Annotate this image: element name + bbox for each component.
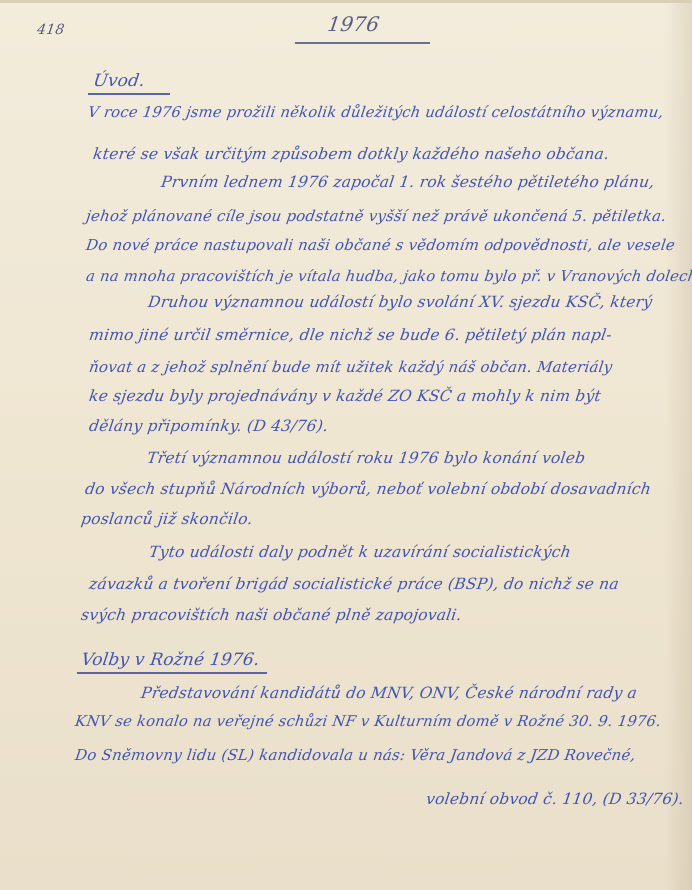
text-line: do všech stupňů Národních výborů, neboť … — [84, 480, 652, 498]
text-line: Druhou významnou událostí bylo svolání X… — [147, 293, 654, 311]
text-line: volební obvod č. 110, (D 33/76). — [425, 790, 685, 808]
text-line: Prvním lednem 1976 započal 1. rok šestéh… — [160, 173, 656, 191]
text-line: a na mnoha pracovištích je vítala hudba,… — [85, 268, 692, 285]
heading-underline-volby — [77, 672, 267, 674]
text-line: ke sjezdu byly projednávány v každé ZO K… — [88, 387, 602, 405]
section-heading-volby: Volby v Rožné 1976. — [80, 650, 261, 670]
page-number: 418 — [36, 22, 66, 38]
text-line: jehož plánované cíle jsou podstatně vyšš… — [85, 207, 668, 225]
text-line: Do Sněmovny lidu (SL) kandidovala u nás:… — [74, 746, 637, 764]
handwritten-chronicle-page: 418 1976 Úvod. V roce 1976 jsme prožili … — [0, 0, 692, 890]
text-line: svých pracovištích naši občané plně zapo… — [80, 606, 463, 624]
text-line: KNV se konalo na veřejné schůzi NF v Kul… — [74, 713, 662, 730]
text-line: Tyto události daly podnět k uzavírání so… — [148, 543, 572, 561]
text-line: poslanců již skončilo. — [80, 510, 254, 528]
text-line: Představování kandidátů do MNV, ONV, Čes… — [140, 684, 638, 702]
text-line: Do nové práce nastupovali naši občané s … — [85, 236, 676, 254]
text-line: V roce 1976 jsme prožili několik důležit… — [87, 104, 665, 121]
text-line: závazků a tvoření brigád socialistické p… — [88, 575, 620, 593]
text-line: dělány připomínky. (D 43/76). — [88, 417, 329, 435]
paper-top-edge — [0, 0, 692, 3]
section-heading-uvod: Úvod. — [92, 71, 146, 91]
text-line: ňovat a z jehož splnění bude mít užitek … — [88, 358, 614, 376]
text-line: které se však určitým způsobem dotkly ka… — [92, 145, 610, 163]
text-line: Třetí významnou událostí roku 1976 bylo … — [146, 449, 587, 467]
text-line: mimo jiné určil směrnice, dle nichž se b… — [88, 326, 613, 344]
title-underline — [295, 42, 430, 44]
page-title-year: 1976 — [326, 12, 381, 36]
heading-underline-uvod — [88, 93, 170, 95]
